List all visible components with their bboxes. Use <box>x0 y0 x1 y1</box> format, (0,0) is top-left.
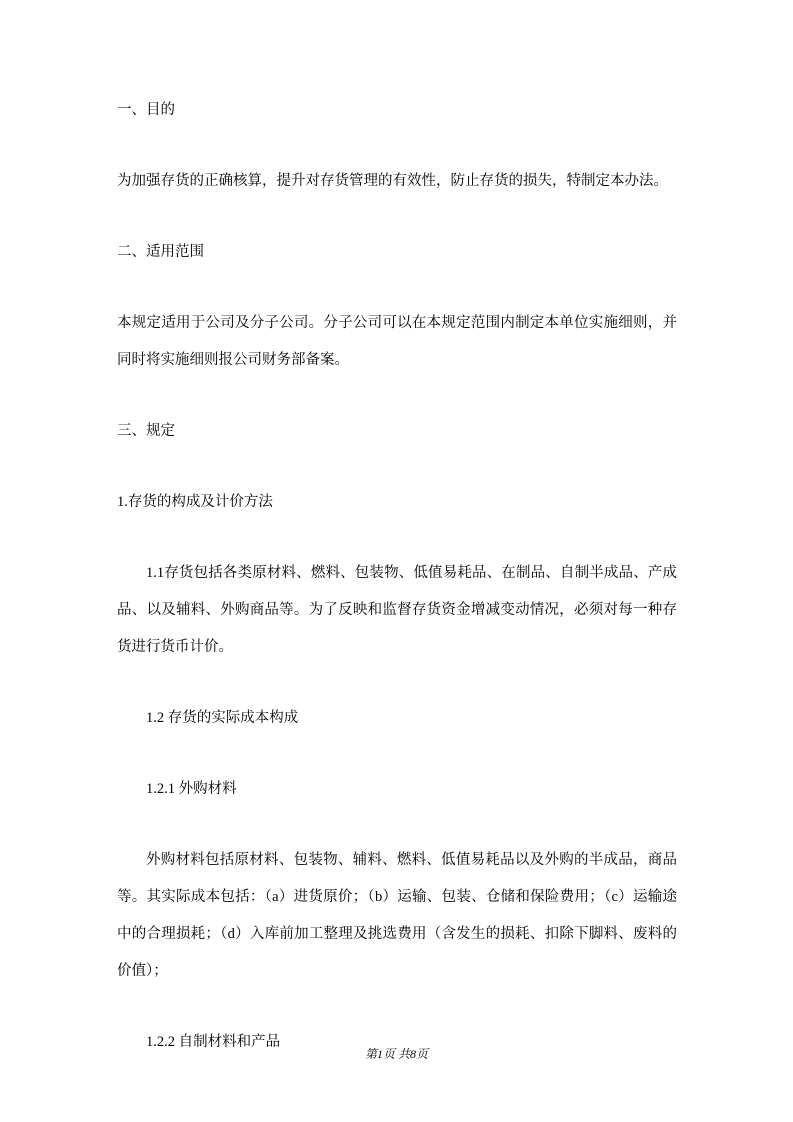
section-heading: 三、规定 <box>117 413 677 450</box>
section-heading: 一、目的 <box>117 92 677 129</box>
document-content: 一、目的为加强存货的正确核算，提升对存货管理的有效性，防止存货的损失，特制定本办… <box>117 92 677 1095</box>
page-footer: 第1页 共8页 <box>0 1046 793 1062</box>
sub-heading: 1.2.1 外购材料 <box>117 771 677 808</box>
body-paragraph: 本规定适用于公司及分子公司。分子公司可以在本规定范围内制定本单位实施细则，并同时… <box>117 305 677 379</box>
body-paragraph: 外购材料包括原材料、包装物、辅料、燃料、低值易耗品以及外购的半成品，商品等。其实… <box>117 842 677 990</box>
body-paragraph: 1.1存货包括各类原材料、燃料、包装物、低值易耗品、在制品、自制半成品、产成品、… <box>117 555 677 666</box>
body-paragraph: 为加强存货的正确核算，提升对存货管理的有效性，防止存货的损失，特制定本办法。 <box>117 163 677 200</box>
document-page: 一、目的为加强存货的正确核算，提升对存货管理的有效性，防止存货的损失，特制定本办… <box>0 0 793 1122</box>
section-heading: 二、适用范围 <box>117 234 677 271</box>
sub-heading: 1.存货的构成及计价方法 <box>117 484 677 521</box>
page-number-label: 第1页 共8页 <box>365 1047 428 1061</box>
sub-heading: 1.2 存货的实际成本构成 <box>117 700 677 737</box>
